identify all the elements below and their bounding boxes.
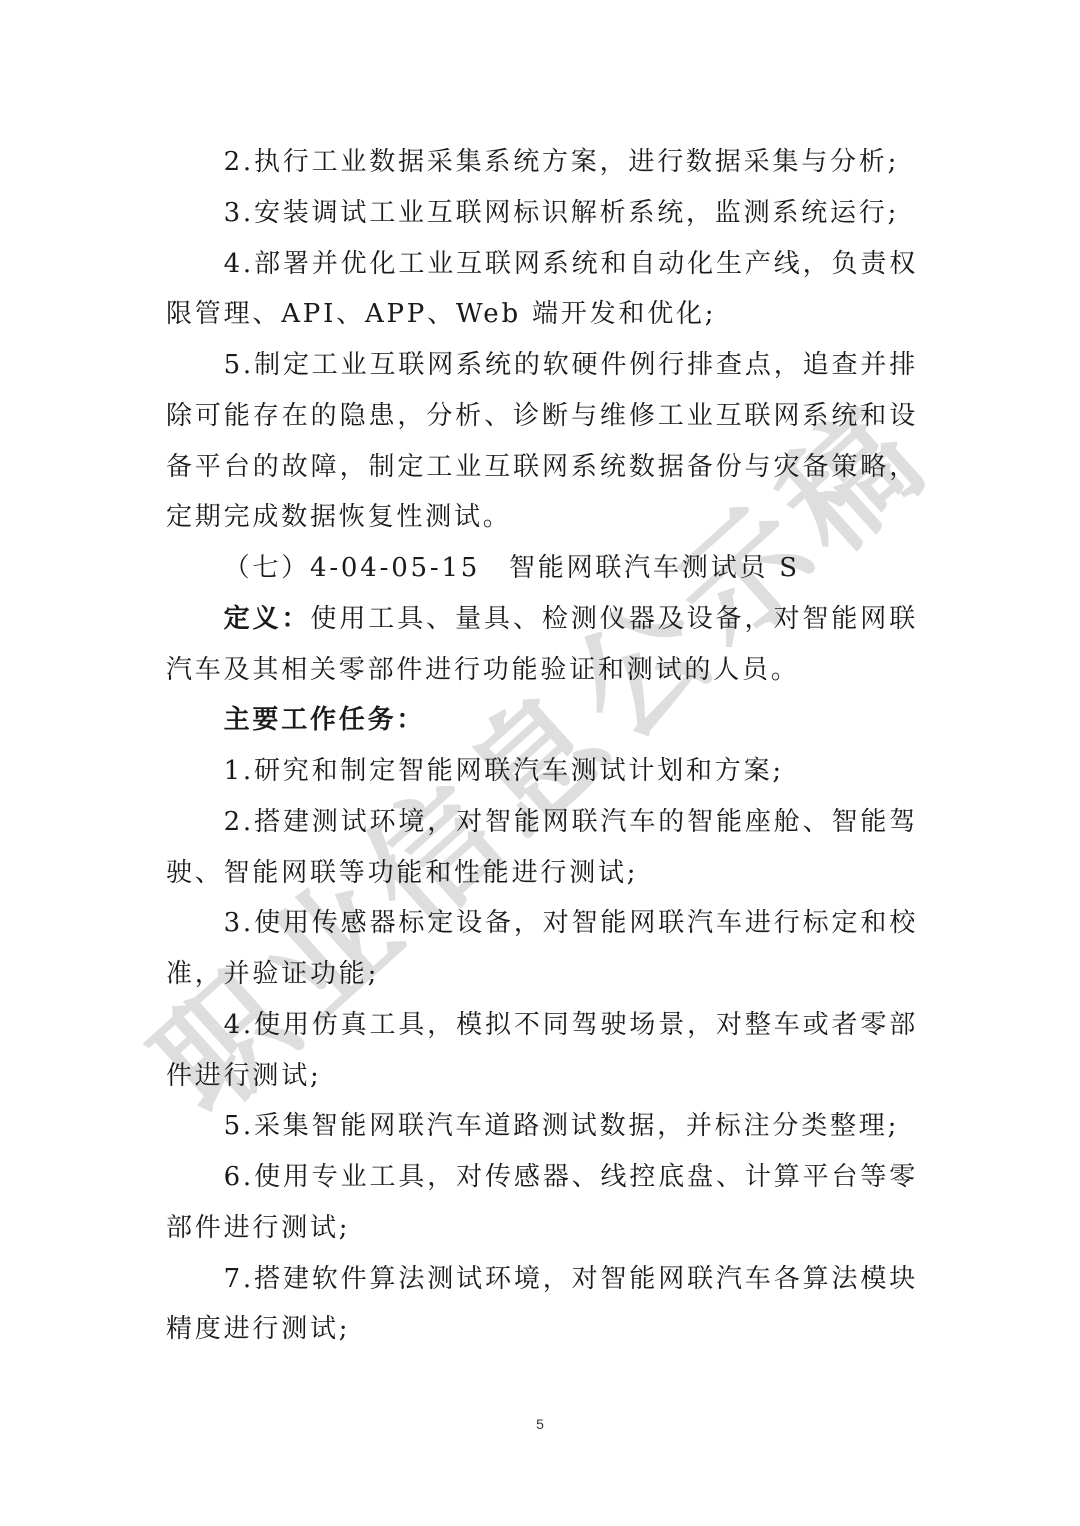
task-item-2: 2.搭建测试环境，对智能网联汽车的智能座舱、智能驾驶、智能网联等功能和性能进行测… [166, 797, 918, 899]
list-item-prev-3: 3.安装调试工业互联网标识解析系统，监测系统运行; [166, 188, 918, 239]
task-item-5: 5.采集智能网联汽车道路测试数据，并标注分类整理; [166, 1101, 918, 1152]
task-item-6: 6.使用专业工具，对传感器、线控底盘、计算平台等零部件进行测试; [166, 1152, 918, 1254]
document-body: 2.执行工业数据采集系统方案，进行数据采集与分析; 3.安装调试工业互联网标识解… [166, 137, 918, 1355]
list-item-prev-2: 2.执行工业数据采集系统方案，进行数据采集与分析; [166, 137, 918, 188]
tasks-heading: 主要工作任务： [166, 695, 918, 746]
heading-gap [480, 553, 509, 583]
occupation-code: 4-04-05-15 [310, 553, 480, 583]
task-item-7: 7.搭建软件算法测试环境，对智能网联汽车各算法模块精度进行测试; [166, 1254, 918, 1356]
list-item-prev-5: 5.制定工业互联网系统的软硬件例行排查点，追查并排除可能存在的隐患，分析、诊断与… [166, 340, 918, 543]
page-number: 5 [0, 1416, 1080, 1432]
definition-label: 定义： [224, 604, 311, 634]
definition-paragraph: 定义：使用工具、量具、检测仪器及设备，对智能网联汽车及其相关零部件进行功能验证和… [166, 594, 918, 696]
list-item-prev-4: 4.部署并优化工业互联网系统和自动化生产线，负责权限管理、API、APP、Web… [166, 239, 918, 341]
occupation-title: 智能网联汽车测试员 S [509, 553, 800, 583]
section-heading: （七）4-04-05-15 智能网联汽车测试员 S [166, 543, 918, 594]
task-item-4: 4.使用仿真工具，模拟不同驾驶场景，对整车或者零部件进行测试; [166, 1000, 918, 1102]
document-page: 职业信息公示稿 2.执行工业数据采集系统方案，进行数据采集与分析; 3.安装调试… [0, 0, 1080, 1526]
tasks-label: 主要工作任务： [224, 705, 426, 735]
task-item-3: 3.使用传感器标定设备，对智能网联汽车进行标定和校准，并验证功能; [166, 898, 918, 1000]
task-item-1: 1.研究和制定智能网联汽车测试计划和方案; [166, 746, 918, 797]
section-number: （七） [224, 553, 310, 583]
